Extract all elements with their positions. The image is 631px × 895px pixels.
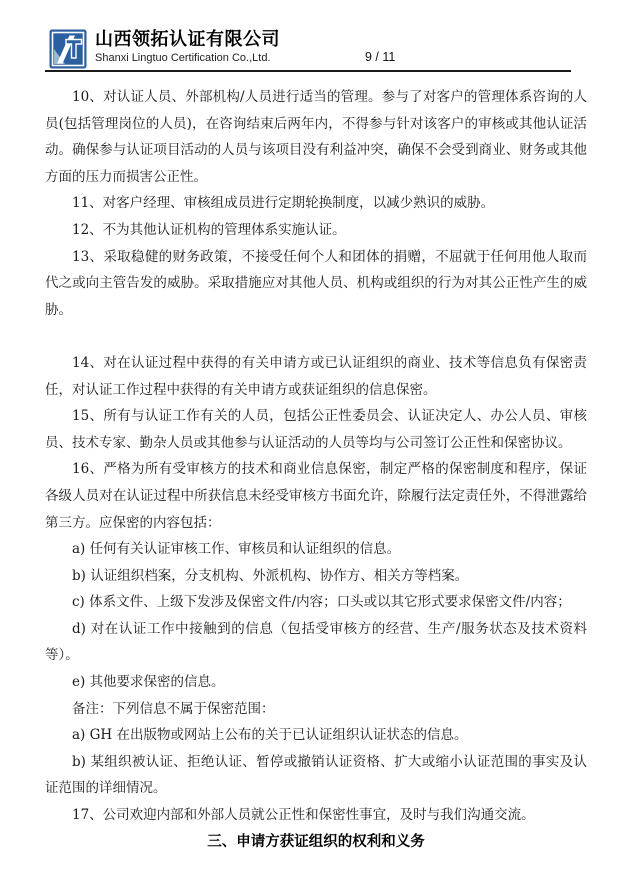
page-header: 山西领拓认证有限公司 Shanxi Lingtuo Certification … [45, 29, 571, 72]
paragraph-11: 11、对客户经理、审核组成员进行定期轮换制度，以减少熟识的威胁。 [45, 190, 587, 217]
paragraph-17: 17、公司欢迎内部和外部人员就公正性和保密性事宜，及时与我们沟通交流。 [45, 802, 587, 829]
secrecy-item-b: b) 认证组织档案，分支机构、外派机构、协作方、相关方等档案。 [45, 563, 587, 590]
paragraph-14: 14、对在认证过程中获得的有关申请方或已认证组织的商业、技术等信息负有保密责任，… [45, 350, 587, 403]
paragraph-10: 10、对认证人员、外部机构/人员进行适当的管理。参与了对客户的管理体系咨询的人员… [45, 84, 587, 190]
section-heading: 三、申请方获证组织的权利和义务 [45, 829, 587, 856]
paragraph-16: 16、严格为所有受审核方的技术和商业信息保密，制定严格的保密制度和程序，保证各级… [45, 456, 587, 536]
note-item-b: b) 某组织被认证、拒绝认证、暂停或撤销认证资格、扩大或缩小认证范围的事实及认证… [45, 749, 587, 802]
paragraph-12: 12、不为其他认证机构的管理体系实施认证。 [45, 217, 587, 244]
secrecy-item-c: c) 体系文件、上级下发涉及保密文件/内容；口头或以其它形式要求保密文件/内容； [45, 589, 587, 616]
company-name-en: Shanxi Lingtuo Certification Co.,Ltd. [95, 52, 280, 65]
document-page: 山西领拓认证有限公司 Shanxi Lingtuo Certification … [0, 0, 631, 895]
lingtuo-logo-icon [49, 29, 87, 69]
document-body: 10、对认证人员、外部机构/人员进行适当的管理。参与了对客户的管理体系咨询的人员… [45, 84, 587, 855]
paragraph-13: 13、采取稳健的财务政策，不接受任何个人和团体的捐赠，不屈就于任何用他人取而代之… [45, 244, 587, 324]
note-item-a: a) GH 在出版物或网站上公布的关于已认证组织认证状态的信息。 [45, 722, 587, 749]
paragraph-15: 15、所有与认证工作有关的人员，包括公正性委员会、认证决定人、办公人员、审核员、… [45, 403, 587, 456]
company-identity: 山西领拓认证有限公司 Shanxi Lingtuo Certification … [95, 29, 280, 65]
secrecy-item-e: e) 其他要求保密的信息。 [45, 669, 587, 696]
note-label: 备注：下列信息不属于保密范围： [45, 696, 587, 723]
secrecy-item-d: d) 对在认证工作中接触到的信息（包括受审核方的经营、生产/服务状态及技术资料等… [45, 616, 587, 669]
page-number: 9 / 11 [365, 50, 395, 64]
secrecy-item-a: a) 任何有关认证审核工作、审核员和认证组织的信息。 [45, 536, 587, 563]
company-name-cn: 山西领拓认证有限公司 [95, 29, 280, 50]
